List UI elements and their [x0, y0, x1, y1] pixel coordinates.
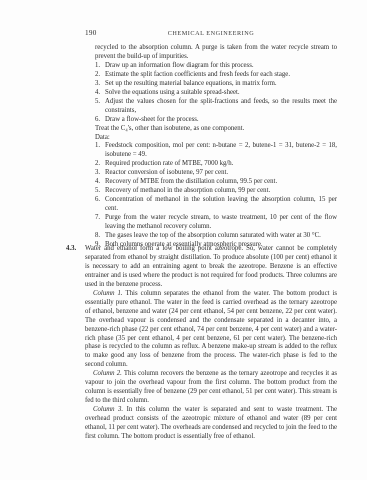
column-2-text: This column recovers the benzene as the … [85, 370, 337, 404]
data-item-text: Purge from the water recycle stream, to … [105, 214, 337, 232]
column-3-lead: Column 3. [93, 406, 123, 413]
note-line: Treat the C₄'s, other than isobutene, as… [95, 125, 337, 134]
data-item: 6. Concentration of methanol in the solu… [95, 196, 337, 214]
data-item-number: 6. [95, 196, 105, 214]
data-item: 4. Recovery of MTBE from the distillatio… [95, 178, 337, 187]
data-item: 7. Purge from the water recycle stream, … [95, 214, 337, 232]
task-text: Estimate the split faction coefficients … [105, 71, 337, 80]
data-item-text: Required production rate of MTBE, 7000 k… [105, 160, 337, 169]
column-2-paragraph: Column 2. This column recovers the benze… [85, 370, 337, 406]
data-item-number: 4. [95, 178, 105, 187]
task-item: 2. Estimate the split faction coefficien… [95, 71, 337, 80]
data-item-number: 5. [95, 187, 105, 196]
book-page: 190 CHEMICAL ENGINEERING recycled to the… [0, 0, 367, 480]
task-item: 5. Adjust the values chosen for the spli… [95, 98, 337, 116]
data-item-number: 1. [95, 142, 105, 160]
data-item-number: 8. [95, 232, 105, 241]
data-item: 8. The gases leave the top of the absorp… [95, 232, 337, 241]
problem-number: 4.3. [66, 245, 85, 442]
column-1-lead: Column 1. [93, 290, 123, 297]
task-text: Set up the resulting material balance eq… [105, 80, 337, 89]
data-item-text: Recovery of MTBE from the distillation c… [105, 178, 337, 187]
task-item: 6. Draw a flow-sheet for the process. [95, 116, 337, 125]
task-item: 1. Draw up an information flow diagram f… [95, 62, 337, 71]
data-item-text: Concentration of methanol in the solutio… [105, 196, 337, 214]
task-text: Adjust the values chosen for the split-f… [105, 98, 337, 116]
column-2-lead: Column 2. [93, 370, 122, 377]
running-title: CHEMICAL ENGINEERING [85, 30, 337, 37]
intro-paragraph: recycled to the absorption column. A pur… [95, 44, 337, 62]
data-list: 1. Feedstock composition, mol per cent: … [95, 142, 337, 249]
data-item-number: 2. [95, 160, 105, 169]
task-number: 6. [95, 116, 105, 125]
problem-4-2-continuation: recycled to the absorption column. A pur… [95, 44, 337, 250]
data-item: 1. Feedstock composition, mol per cent: … [95, 142, 337, 160]
problem-intro: Water and ethanol form a low boiling poi… [85, 245, 337, 290]
task-number: 4. [95, 89, 105, 98]
problem-4-3: 4.3. Water and ethanol form a low boilin… [66, 245, 337, 442]
problem-4-3-body: Water and ethanol form a low boiling poi… [85, 245, 337, 442]
data-item-text: Recovery of methanol in the absorption c… [105, 187, 337, 196]
column-1-text: This column separates the ethanol from t… [85, 290, 337, 369]
column-3-text: In this column the water is separated an… [85, 406, 337, 440]
data-label: Data: [95, 134, 337, 143]
data-item-number: 7. [95, 214, 105, 232]
data-item-text: Reactor conversion of isobutene, 97 per … [105, 169, 337, 178]
data-item: 3. Reactor conversion of isobutene, 97 p… [95, 169, 337, 178]
task-number: 2. [95, 71, 105, 80]
data-item-text: The gases leave the top of the absorptio… [105, 232, 337, 241]
data-item: 2. Required production rate of MTBE, 700… [95, 160, 337, 169]
task-text: Solve the equations using a suitable spr… [105, 89, 337, 98]
page-header: 190 CHEMICAL ENGINEERING [85, 29, 337, 39]
task-text: Draw a flow-sheet for the process. [105, 116, 337, 125]
task-text: Draw up an information flow diagram for … [105, 62, 337, 71]
column-3-paragraph: Column 3. In this column the water is se… [85, 406, 337, 442]
data-item: 5. Recovery of methanol in the absorptio… [95, 187, 337, 196]
data-item-text: Feedstock composition, mol per cent: n-b… [105, 142, 337, 160]
data-item-number: 3. [95, 169, 105, 178]
task-item: 4. Solve the equations using a suitable … [95, 89, 337, 98]
task-number: 3. [95, 80, 105, 89]
task-number: 1. [95, 62, 105, 71]
task-item: 3. Set up the resulting material balance… [95, 80, 337, 89]
column-1-paragraph: Column 1. This column separates the etha… [85, 290, 337, 371]
task-list: 1. Draw up an information flow diagram f… [95, 62, 337, 125]
task-number: 5. [95, 98, 105, 116]
